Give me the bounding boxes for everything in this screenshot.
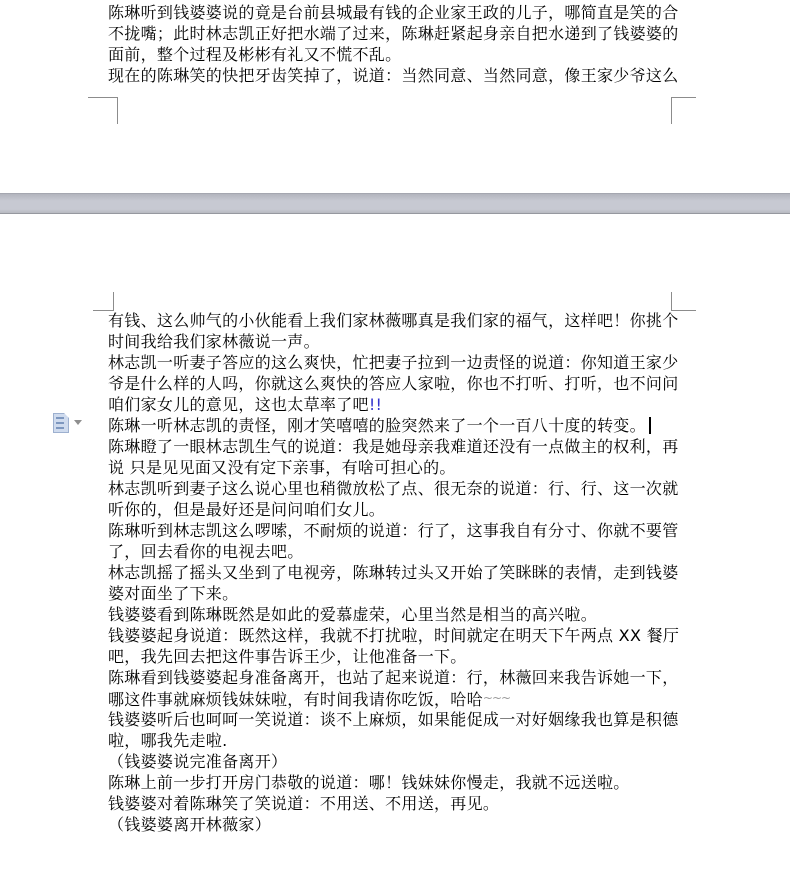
text-line: 不拢嘴；此时林志凯正好把水端了过来，陈琳赶紧起身亲自把水递到了钱婆婆的 <box>108 23 686 44</box>
text-line: （钱婆婆说完准备离开） <box>108 751 686 772</box>
text-segment: 钱婆婆对着陈琳笑了笑说道：不用送、不用送，再见。 <box>108 794 499 813</box>
text-line: 林志凯一听妻子答应的这么爽快，忙把妻子拉到一边责怪的说道：你知道王家少 <box>108 352 686 373</box>
text-segment: 陈琳瞪了一眼林志凯生气的说道：我是她母亲我难道还没有一点做主的权利，再 <box>108 437 679 456</box>
text-line: 听你的，但是最好还是问问咱们女儿。 <box>108 499 686 520</box>
text-segment: 钱婆婆看到陈琳既然是如此的爱慕虚荣，心里当然是相当的高兴啦。 <box>108 605 597 624</box>
page2-top-right-crop-mark <box>671 292 696 311</box>
text-line: 陈琳看到钱婆婆起身准备离开，也站了起来说道：行，林薇回来我告诉她一下， <box>108 667 686 688</box>
text-segment: 陈琳一听林志凯的责怪，刚才笑嘻嘻的脸突然来了一个一百八十度的转变。 <box>108 416 646 435</box>
text-segment: 陈琳听到林志凯这么啰嗦，不耐烦的说道：行了，这事我自有分寸、你就不要管 <box>108 521 679 540</box>
text-segment: 陈琳看到钱婆婆起身准备离开，也站了起来说道：行，林薇回来我告诉她一下， <box>108 668 679 687</box>
page1-bottom-right-crop-mark <box>671 97 696 124</box>
text-segment: ~~~ <box>483 691 510 705</box>
text-segment: 时间我给我们家林薇说一声。 <box>108 332 320 351</box>
text-line: （钱婆婆离开林薇家） <box>108 814 686 835</box>
text-segment: 林志凯听到妻子这么说心里也稍微放松了点、很无奈的说道：行、行、这一次就 <box>108 479 679 498</box>
text-line: 钱婆婆起身说道：既然这样，我就不打扰啦，时间就定在明天下午两点 XX 餐厅 <box>108 625 686 646</box>
text-line: 钱婆婆对着陈琳笑了笑说道：不用送、不用送，再见。 <box>108 793 686 814</box>
document-lines-glyph <box>56 417 64 429</box>
text-segment: 陈琳上前一步打开房门恭敬的说道：哪！钱妹妹你慢走，我就不远送啦。 <box>108 773 630 792</box>
text-line: 陈琳听到林志凯这么啰嗦，不耐烦的说道：行了，这事我自有分寸、你就不要管 <box>108 520 686 541</box>
paste-options-icon <box>53 413 69 433</box>
text-segment: 爷是什么样的人吗，你就这么爽快的答应人家啦，你也不打听、打听，也不问问 <box>108 374 679 393</box>
page2-top-left-crop-mark <box>93 292 114 311</box>
text-line: 现在的陈琳笑的快把牙齿笑掉了，说道：当然同意、当然同意，像王家少爷这么 <box>108 65 686 86</box>
text-segment: 钱婆婆听后也呵呵一笑说道：谈不上麻烦，如果能促成一对好姻缘我也算是积德 <box>108 710 679 729</box>
text-segment: 吧，我先回去把这件事告诉王少，让他准备一下。 <box>108 647 467 666</box>
text-segment: 现在的陈琳笑的快把牙齿笑掉了，说道：当然同意、当然同意，像王家少爷这么 <box>108 66 679 85</box>
text-line: 婆对面坐了下来。 <box>108 583 686 604</box>
page1-text-area[interactable]: 陈琳听到钱婆婆说的竟是台前县城最有钱的企业家王政的儿子，哪简直是笑的合不拢嘴；此… <box>108 2 686 86</box>
text-segment: 啦，哪我先走啦. <box>108 731 228 750</box>
text-line: 陈琳上前一步打开房门恭敬的说道：哪！钱妹妹你慢走，我就不远送啦。 <box>108 772 686 793</box>
text-segment: 咱们家女儿的意见，这也太草率了吧 <box>108 395 369 414</box>
text-segment: （钱婆婆说完准备离开） <box>108 752 287 771</box>
text-segment: 婆对面坐了下来。 <box>108 584 238 603</box>
text-line: 有钱、这么帅气的小伙能看上我们家林薇哪真是我们家的福气，这样吧！你挑个 <box>108 310 686 331</box>
text-segment: 林志凯摇了摇头又坐到了电视旁，陈琳转过头又开始了笑眯眯的表情，走到钱婆 <box>108 563 679 582</box>
text-line: 了，回去看你的电视去吧。 <box>108 541 686 562</box>
text-line: 林志凯摇了摇头又坐到了电视旁，陈琳转过头又开始了笑眯眯的表情，走到钱婆 <box>108 562 686 583</box>
text-segment: 了，回去看你的电视去吧。 <box>108 542 304 561</box>
page-break-gap[interactable] <box>0 193 790 214</box>
text-segment: 面前，整个过程及彬彬有礼又不慌不乱。 <box>108 45 401 64</box>
text-segment: 听你的，但是最好还是问问咱们女儿。 <box>108 500 385 519</box>
text-line: 啦，哪我先走啦. <box>108 730 686 751</box>
page2-text-area[interactable]: 有钱、这么帅气的小伙能看上我们家林薇哪真是我们家的福气，这样吧！你挑个时间我给我… <box>108 310 686 835</box>
text-segment: 哪这件事就麻烦钱妹妹啦，有时间我请你吃饭，哈哈 <box>108 690 483 709</box>
text-cursor <box>649 417 651 434</box>
text-line: 说 只是见见面又没有定下亲事，有啥可担心的。 <box>108 457 686 478</box>
text-segment: （钱婆婆离开林薇家） <box>108 815 271 834</box>
text-line: 咱们家女儿的意见，这也太草率了吧!! <box>108 394 686 415</box>
text-segment: 林志凯一听妻子答应的这么爽快，忙把妻子拉到一边责怪的说道：你知道王家少 <box>108 353 679 372</box>
text-line: 陈琳瞪了一眼林志凯生气的说道：我是她母亲我难道还没有一点做主的权利，再 <box>108 436 686 457</box>
text-line: 林志凯听到妻子这么说心里也稍微放松了点、很无奈的说道：行、行、这一次就 <box>108 478 686 499</box>
text-line: 面前，整个过程及彬彬有礼又不慌不乱。 <box>108 44 686 65</box>
text-segment: 陈琳听到钱婆婆说的竟是台前县城最有钱的企业家王政的儿子，哪简直是笑的合 <box>108 3 679 22</box>
text-line: 爷是什么样的人吗，你就这么爽快的答应人家啦，你也不打听、打听，也不问问 <box>108 373 686 394</box>
text-segment: 钱婆婆起身说道：既然这样，我就不打扰啦，时间就定在明天下午两点 XX 餐厅 <box>108 626 679 645</box>
chevron-down-icon <box>74 420 82 425</box>
text-segment: !! <box>369 395 382 414</box>
text-line: 时间我给我们家林薇说一声。 <box>108 331 686 352</box>
page1-bottom-left-crop-mark <box>88 97 118 124</box>
text-line: 陈琳听到钱婆婆说的竟是台前县城最有钱的企业家王政的儿子，哪简直是笑的合 <box>108 2 686 23</box>
text-line: 钱婆婆听后也呵呵一笑说道：谈不上麻烦，如果能促成一对好姻缘我也算是积德 <box>108 709 686 730</box>
text-line: 陈琳一听林志凯的责怪，刚才笑嘻嘻的脸突然来了一个一百八十度的转变。 <box>108 415 686 436</box>
page-fold-glyph <box>64 413 69 418</box>
text-segment: 说 只是见见面又没有定下亲事，有啥可担心的。 <box>108 458 456 477</box>
text-segment: 有钱、这么帅气的小伙能看上我们家林薇哪真是我们家的福气，这样吧！你挑个 <box>108 311 679 330</box>
text-line: 吧，我先回去把这件事告诉王少，让他准备一下。 <box>108 646 686 667</box>
paste-options-button[interactable] <box>50 410 84 436</box>
text-segment: 不拢嘴；此时林志凯正好把水端了过来，陈琳赶紧起身亲自把水递到了钱婆婆的 <box>108 24 679 43</box>
document-canvas: 陈琳听到钱婆婆说的竟是台前县城最有钱的企业家王政的儿子，哪简直是笑的合不拢嘴；此… <box>0 0 790 889</box>
text-line: 哪这件事就麻烦钱妹妹啦，有时间我请你吃饭，哈哈~~~ <box>108 688 686 709</box>
text-line: 钱婆婆看到陈琳既然是如此的爱慕虚荣，心里当然是相当的高兴啦。 <box>108 604 686 625</box>
